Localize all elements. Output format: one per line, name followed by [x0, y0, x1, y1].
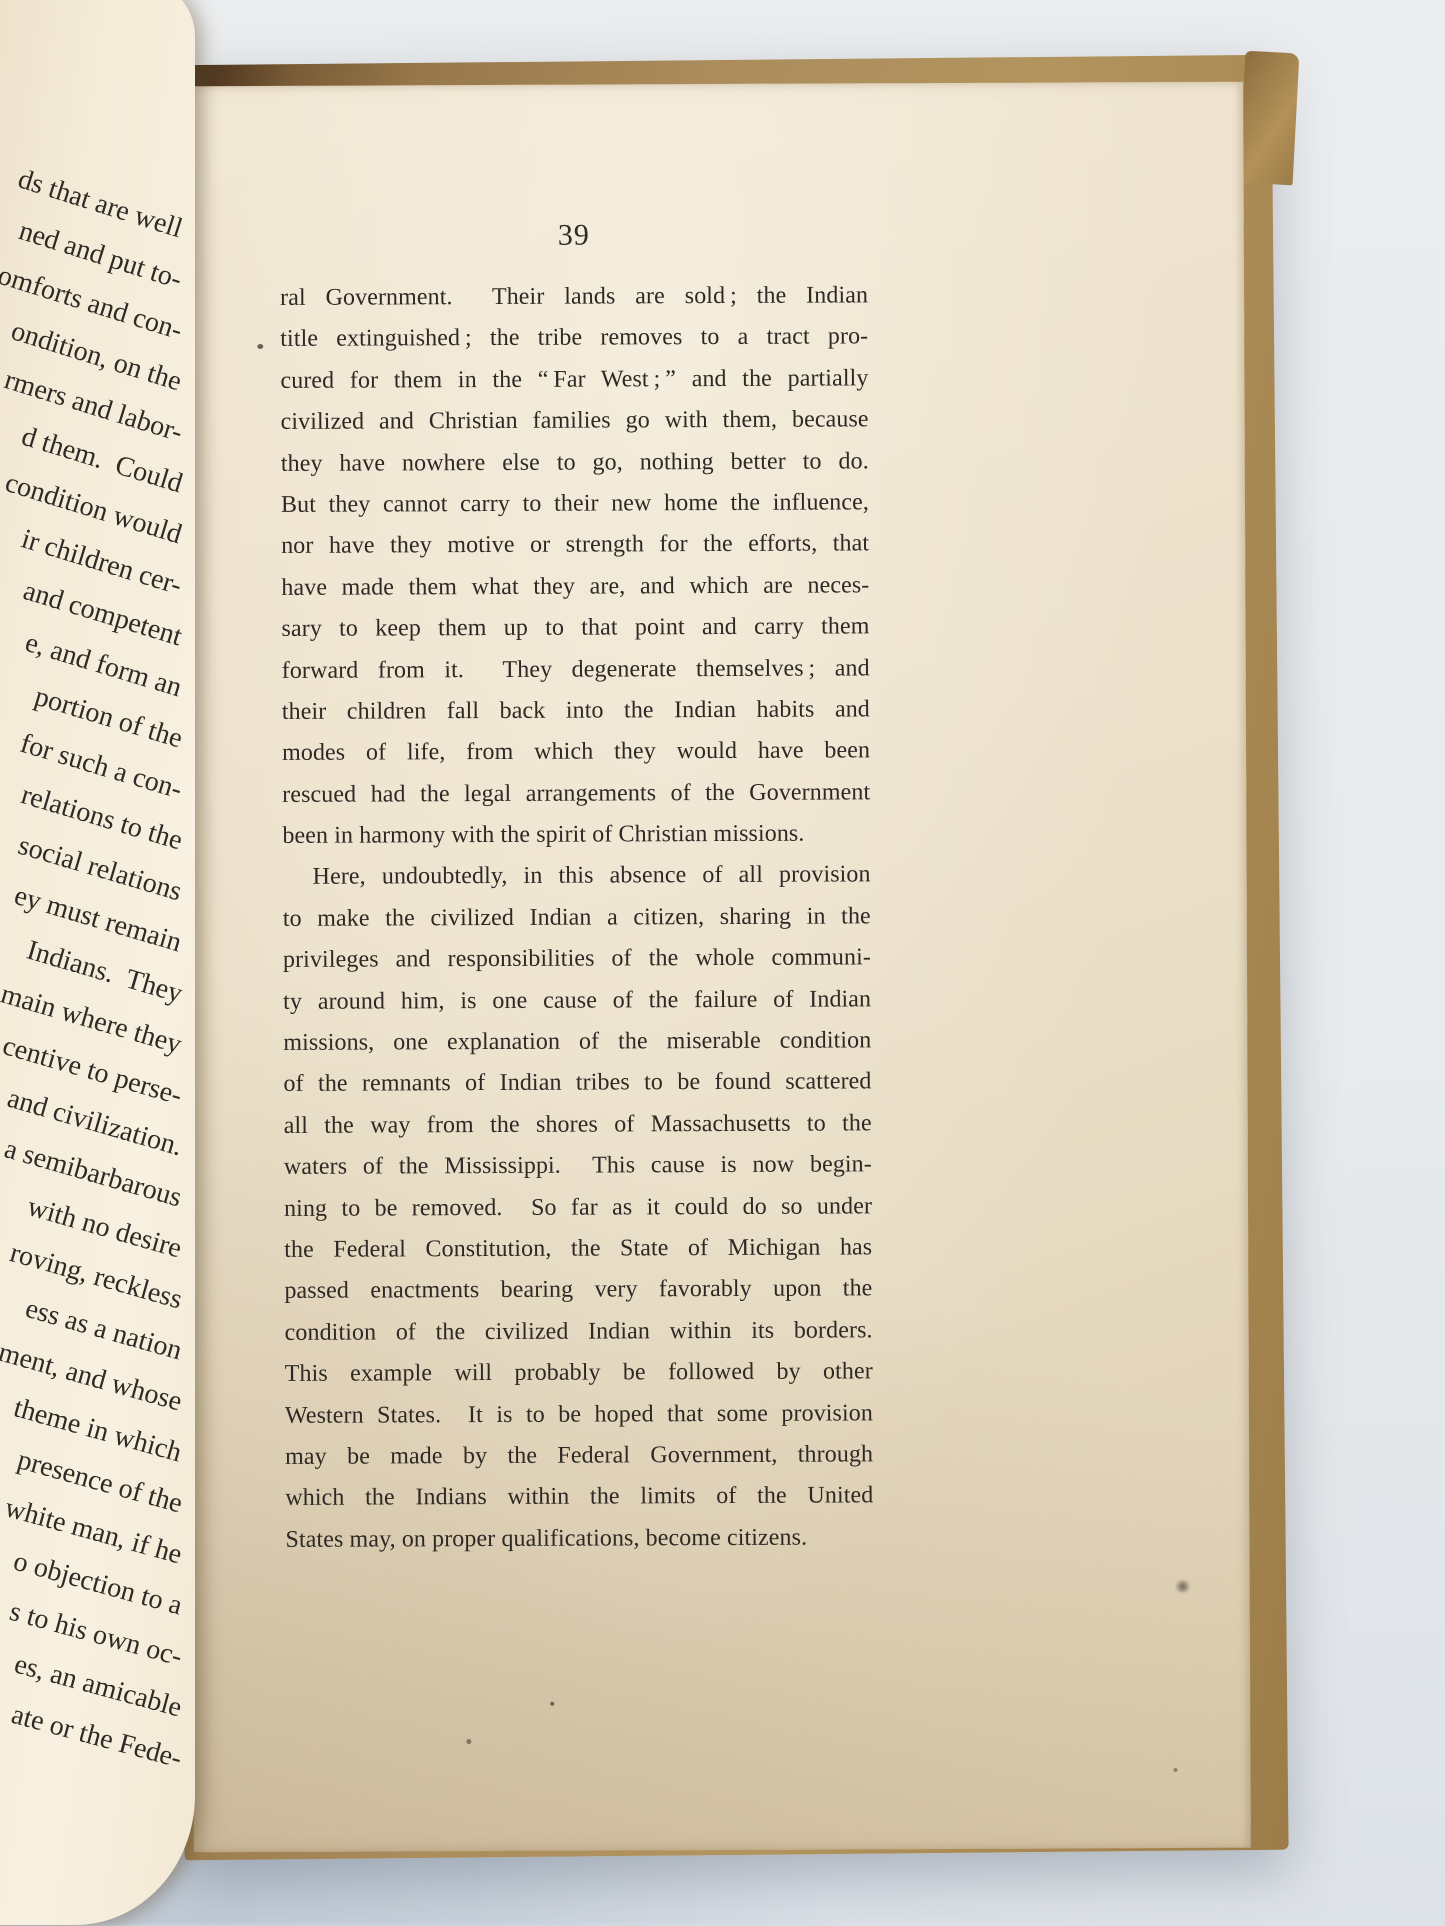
body-text: ral Government. Their lands are sold ; t… — [280, 275, 874, 1561]
text-line: they have nowhere else to go, nothing be… — [281, 441, 869, 485]
text-line: their children fall back into the Indian… — [282, 689, 870, 733]
text-line: may be made by the Federal Government, t… — [285, 1434, 873, 1478]
text-line: nor have they motive or strength for the… — [281, 524, 869, 568]
text-line: But they cannot carry to their new home … — [281, 482, 869, 526]
text-line: States may, on proper qualifications, be… — [285, 1517, 873, 1561]
text-line: modes of life, from which they would hav… — [282, 731, 870, 775]
text-line: Western States. It is to be hoped that s… — [285, 1393, 873, 1437]
text-line: of the remnants of Indian tribes to be f… — [283, 1062, 871, 1106]
text-line: title extinguished ; the tribe removes t… — [280, 317, 868, 361]
page-speck — [257, 344, 263, 349]
text-line: all the way from the shores of Massachus… — [284, 1103, 872, 1147]
text-line: civilized and Christian families go with… — [281, 400, 869, 444]
text-line: condition of the civilized Indian within… — [285, 1310, 873, 1354]
page-speck — [550, 1702, 554, 1706]
right-book-page: 39 ral Government. Their lands are sold … — [186, 82, 1251, 1853]
text-line: forward from it. They degenerate themsel… — [282, 648, 870, 692]
left-book-page-curled: ds that are wellned and put to-omforts a… — [0, 0, 195, 1925]
text-line: rescued had the legal arrangements of th… — [282, 772, 870, 816]
page-smudge — [1175, 1580, 1191, 1593]
page-number: 39 — [280, 213, 868, 258]
text-line: waters of the Mississippi. This cause is… — [284, 1145, 872, 1189]
photo-of-book-page: { "book": { "page_number": "39", "right_… — [0, 0, 1445, 1926]
text-line: to make the civilized Indian a citizen, … — [283, 896, 871, 940]
text-line: missions, one explanation of the miserab… — [283, 1020, 871, 1064]
text-line: sary to keep them up to that point and c… — [281, 606, 869, 650]
text-line: ty around him, is one cause of the failu… — [283, 979, 871, 1023]
text-line: privileges and responsibilities of the w… — [283, 938, 871, 982]
text-line: cured for them in the “ Far West ; ” and… — [280, 358, 868, 402]
text-line: This example will probably be followed b… — [285, 1351, 873, 1395]
text-line: have made them what they are, and which … — [281, 565, 869, 609]
text-line: ral Government. Their lands are sold ; t… — [280, 275, 868, 319]
text-line: Here, undoubtedly, in this absence of al… — [283, 855, 871, 899]
page-speck — [466, 1739, 471, 1744]
text-line: the Federal Constitution, the State of M… — [284, 1227, 872, 1271]
text-line: been in harmony with the spirit of Chris… — [282, 813, 870, 857]
text-line: passed enactments bearing very favorably… — [284, 1269, 872, 1313]
page-speck — [1173, 1768, 1177, 1772]
text-line: which the Indians within the limits of t… — [285, 1476, 873, 1520]
cover-corner-flap — [1239, 51, 1300, 186]
text-line: ning to be removed. So far as it could d… — [284, 1186, 872, 1230]
